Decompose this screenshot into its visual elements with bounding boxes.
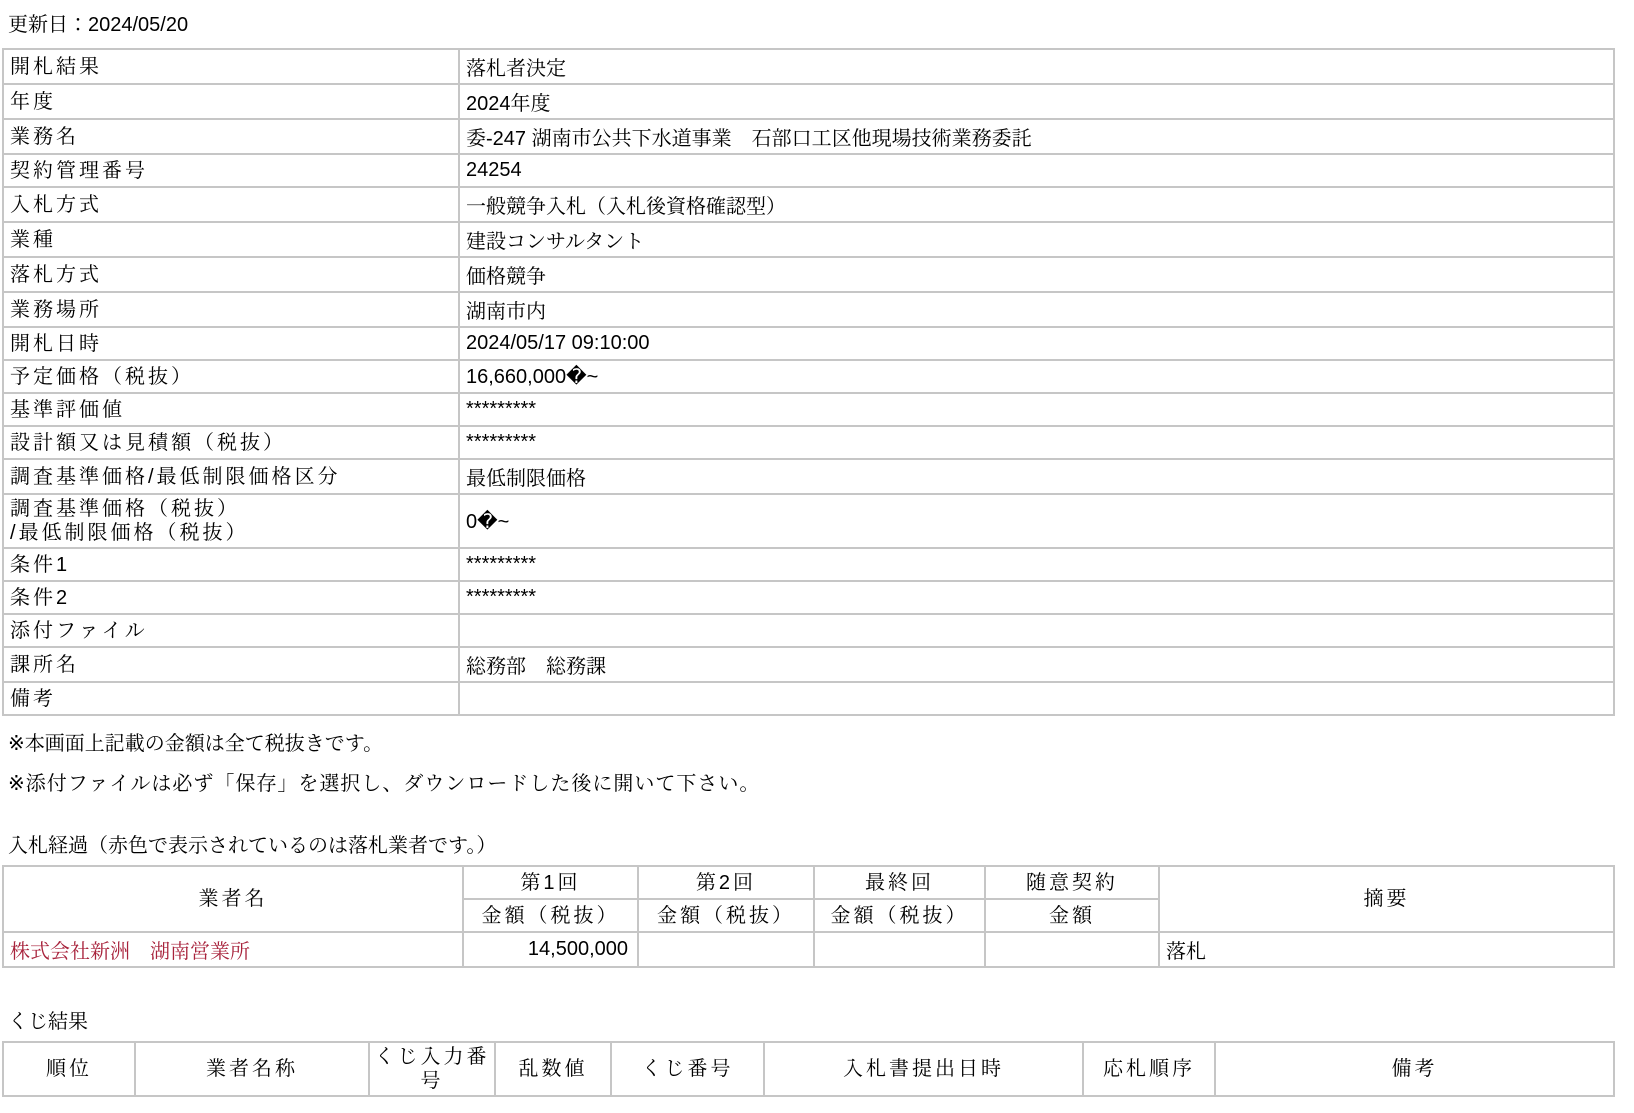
detail-value: 湖南市内 [459,292,1614,327]
table-header-row: 業者名 第1回 第2回 最終回 随意契約 摘要 [3,866,1614,899]
detail-label: 条件1 [3,548,459,581]
detail-value [459,682,1614,715]
table-row: 備考 [3,682,1614,715]
table-row: 業種建設コンサルタント [3,222,1614,257]
col-negotiated-amount: 金額 [985,899,1159,932]
table-row: 落札方式価格競争 [3,257,1614,292]
col-round2: 第2回 [638,866,814,899]
bid-remark: 落札 [1159,932,1614,967]
detail-value: 16,660,000�~ [459,360,1614,393]
col-round2-amount: 金額（税抜） [638,899,814,932]
bid-vendor-name: 株式会社新洲 湖南営業所 [3,932,463,967]
note-attachment: ※添付ファイルは必ず「保存」を選択し、ダウンロードした後に開いて下さい。 [8,767,1626,796]
detail-value: 落札者決定 [459,49,1614,84]
table-row: 業務場所湖南市内 [3,292,1614,327]
bid-result-page: 更新日：2024/05/20 開札結果落札者決定 年度2024年度 業務名委-2… [0,0,1634,1097]
detail-table: 開札結果落札者決定 年度2024年度 業務名委-247 湖南市公共下水道事業 石… [2,48,1615,716]
detail-label: 基準評価値 [3,393,459,426]
detail-label: 入札方式 [3,187,459,222]
col-vendor-title: 業者名称 [135,1042,369,1096]
detail-label: 調査基準価格（税抜） /最低制限価格（税抜） [3,494,459,548]
detail-value: 24254 [459,154,1614,187]
detail-label: 業務名 [3,119,459,154]
table-row: 入札方式一般競争入札（入札後資格確認型） [3,187,1614,222]
col-round1: 第1回 [463,866,638,899]
table-row: 契約管理番号24254 [3,154,1614,187]
detail-value: 委-247 湖南市公共下水道事業 石部口工区他現場技術業務委託 [459,119,1614,154]
detail-label: 年度 [3,84,459,119]
detail-label: 備考 [3,682,459,715]
notes: ※本画面上記載の金額は全て税抜きです。 ※添付ファイルは必ず「保存」を選択し、ダ… [2,727,1626,796]
table-row: 基準評価値********* [3,393,1614,426]
table-row: 調査基準価格（税抜） /最低制限価格（税抜）0�~ [3,494,1614,548]
detail-label: 開札結果 [3,49,459,84]
bid-round2-amount [638,932,814,967]
detail-value: 価格競争 [459,257,1614,292]
col-lottery-remarks: 備考 [1215,1042,1614,1096]
detail-value [459,614,1614,647]
table-row: 添付ファイル [3,614,1614,647]
detail-label: 設計額又は見積額（税抜） [3,426,459,459]
detail-label: 条件2 [3,581,459,614]
detail-value: 建設コンサルタント [459,222,1614,257]
detail-value: ********* [459,393,1614,426]
table-row: 開札日時2024/05/17 09:10:00 [3,327,1614,360]
col-rank: 順位 [3,1042,135,1096]
table-row: 開札結果落札者決定 [3,49,1614,84]
col-lottery-entry-number: くじ入力番号 [369,1042,495,1096]
col-bid-submission-datetime: 入札書提出日時 [764,1042,1083,1096]
detail-label: 業種 [3,222,459,257]
updated-date: 更新日：2024/05/20 [8,8,1626,37]
col-negotiated-contract: 随意契約 [985,866,1159,899]
table-row: 条件1********* [3,548,1614,581]
detail-value: 総務部 総務課 [459,647,1614,682]
col-vendor-name: 業者名 [3,866,463,932]
detail-value: 2024/05/17 09:10:00 [459,327,1614,360]
col-remarks: 摘要 [1159,866,1614,932]
bid-negotiated-amount [985,932,1159,967]
col-bid-order: 応札順序 [1083,1042,1215,1096]
table-row: 調査基準価格/最低制限価格区分最低制限価格 [3,459,1614,494]
col-final-round: 最終回 [814,866,985,899]
col-final-amount: 金額（税抜） [814,899,985,932]
detail-value: 最低制限価格 [459,459,1614,494]
detail-label: 調査基準価格/最低制限価格区分 [3,459,459,494]
bid-row: 株式会社新洲 湖南営業所 14,500,000 落札 [3,932,1614,967]
bid-round1-amount: 14,500,000 [463,932,638,967]
detail-value: 2024年度 [459,84,1614,119]
detail-label: 契約管理番号 [3,154,459,187]
table-row: 業務名委-247 湖南市公共下水道事業 石部口工区他現場技術業務委託 [3,119,1614,154]
detail-label: 課所名 [3,647,459,682]
bid-history-title: 入札経過（赤色で表示されているのは落札業者です。） [8,829,1626,858]
bid-history-table: 業者名 第1回 第2回 最終回 随意契約 摘要 金額（税抜） 金額（税抜） 金額… [2,865,1615,968]
bid-final-amount [814,932,985,967]
detail-value: ********* [459,581,1614,614]
table-row: 課所名総務部 総務課 [3,647,1614,682]
table-header-row: 順位 業者名称 くじ入力番号 乱数値 くじ番号 入札書提出日時 応札順序 備考 [3,1042,1614,1096]
detail-label: 予定価格（税抜） [3,360,459,393]
detail-label: 添付ファイル [3,614,459,647]
col-random-value: 乱数値 [495,1042,611,1096]
table-row: 条件2********* [3,581,1614,614]
table-row: 予定価格（税抜）16,660,000�~ [3,360,1614,393]
lottery-result-title: くじ結果 [8,1005,1626,1034]
table-row: 設計額又は見積額（税抜）********* [3,426,1614,459]
detail-label: 業務場所 [3,292,459,327]
col-lottery-number: くじ番号 [611,1042,764,1096]
detail-value: ********* [459,426,1614,459]
table-row: 年度2024年度 [3,84,1614,119]
detail-label: 落札方式 [3,257,459,292]
detail-value: ********* [459,548,1614,581]
lottery-result-table: 順位 業者名称 くじ入力番号 乱数値 くじ番号 入札書提出日時 応札順序 備考 [2,1041,1615,1097]
detail-value: 0�~ [459,494,1614,548]
note-tax: ※本画面上記載の金額は全て税抜きです。 [8,727,1626,756]
col-round1-amount: 金額（税抜） [463,899,638,932]
detail-label: 開札日時 [3,327,459,360]
detail-value: 一般競争入札（入札後資格確認型） [459,187,1614,222]
